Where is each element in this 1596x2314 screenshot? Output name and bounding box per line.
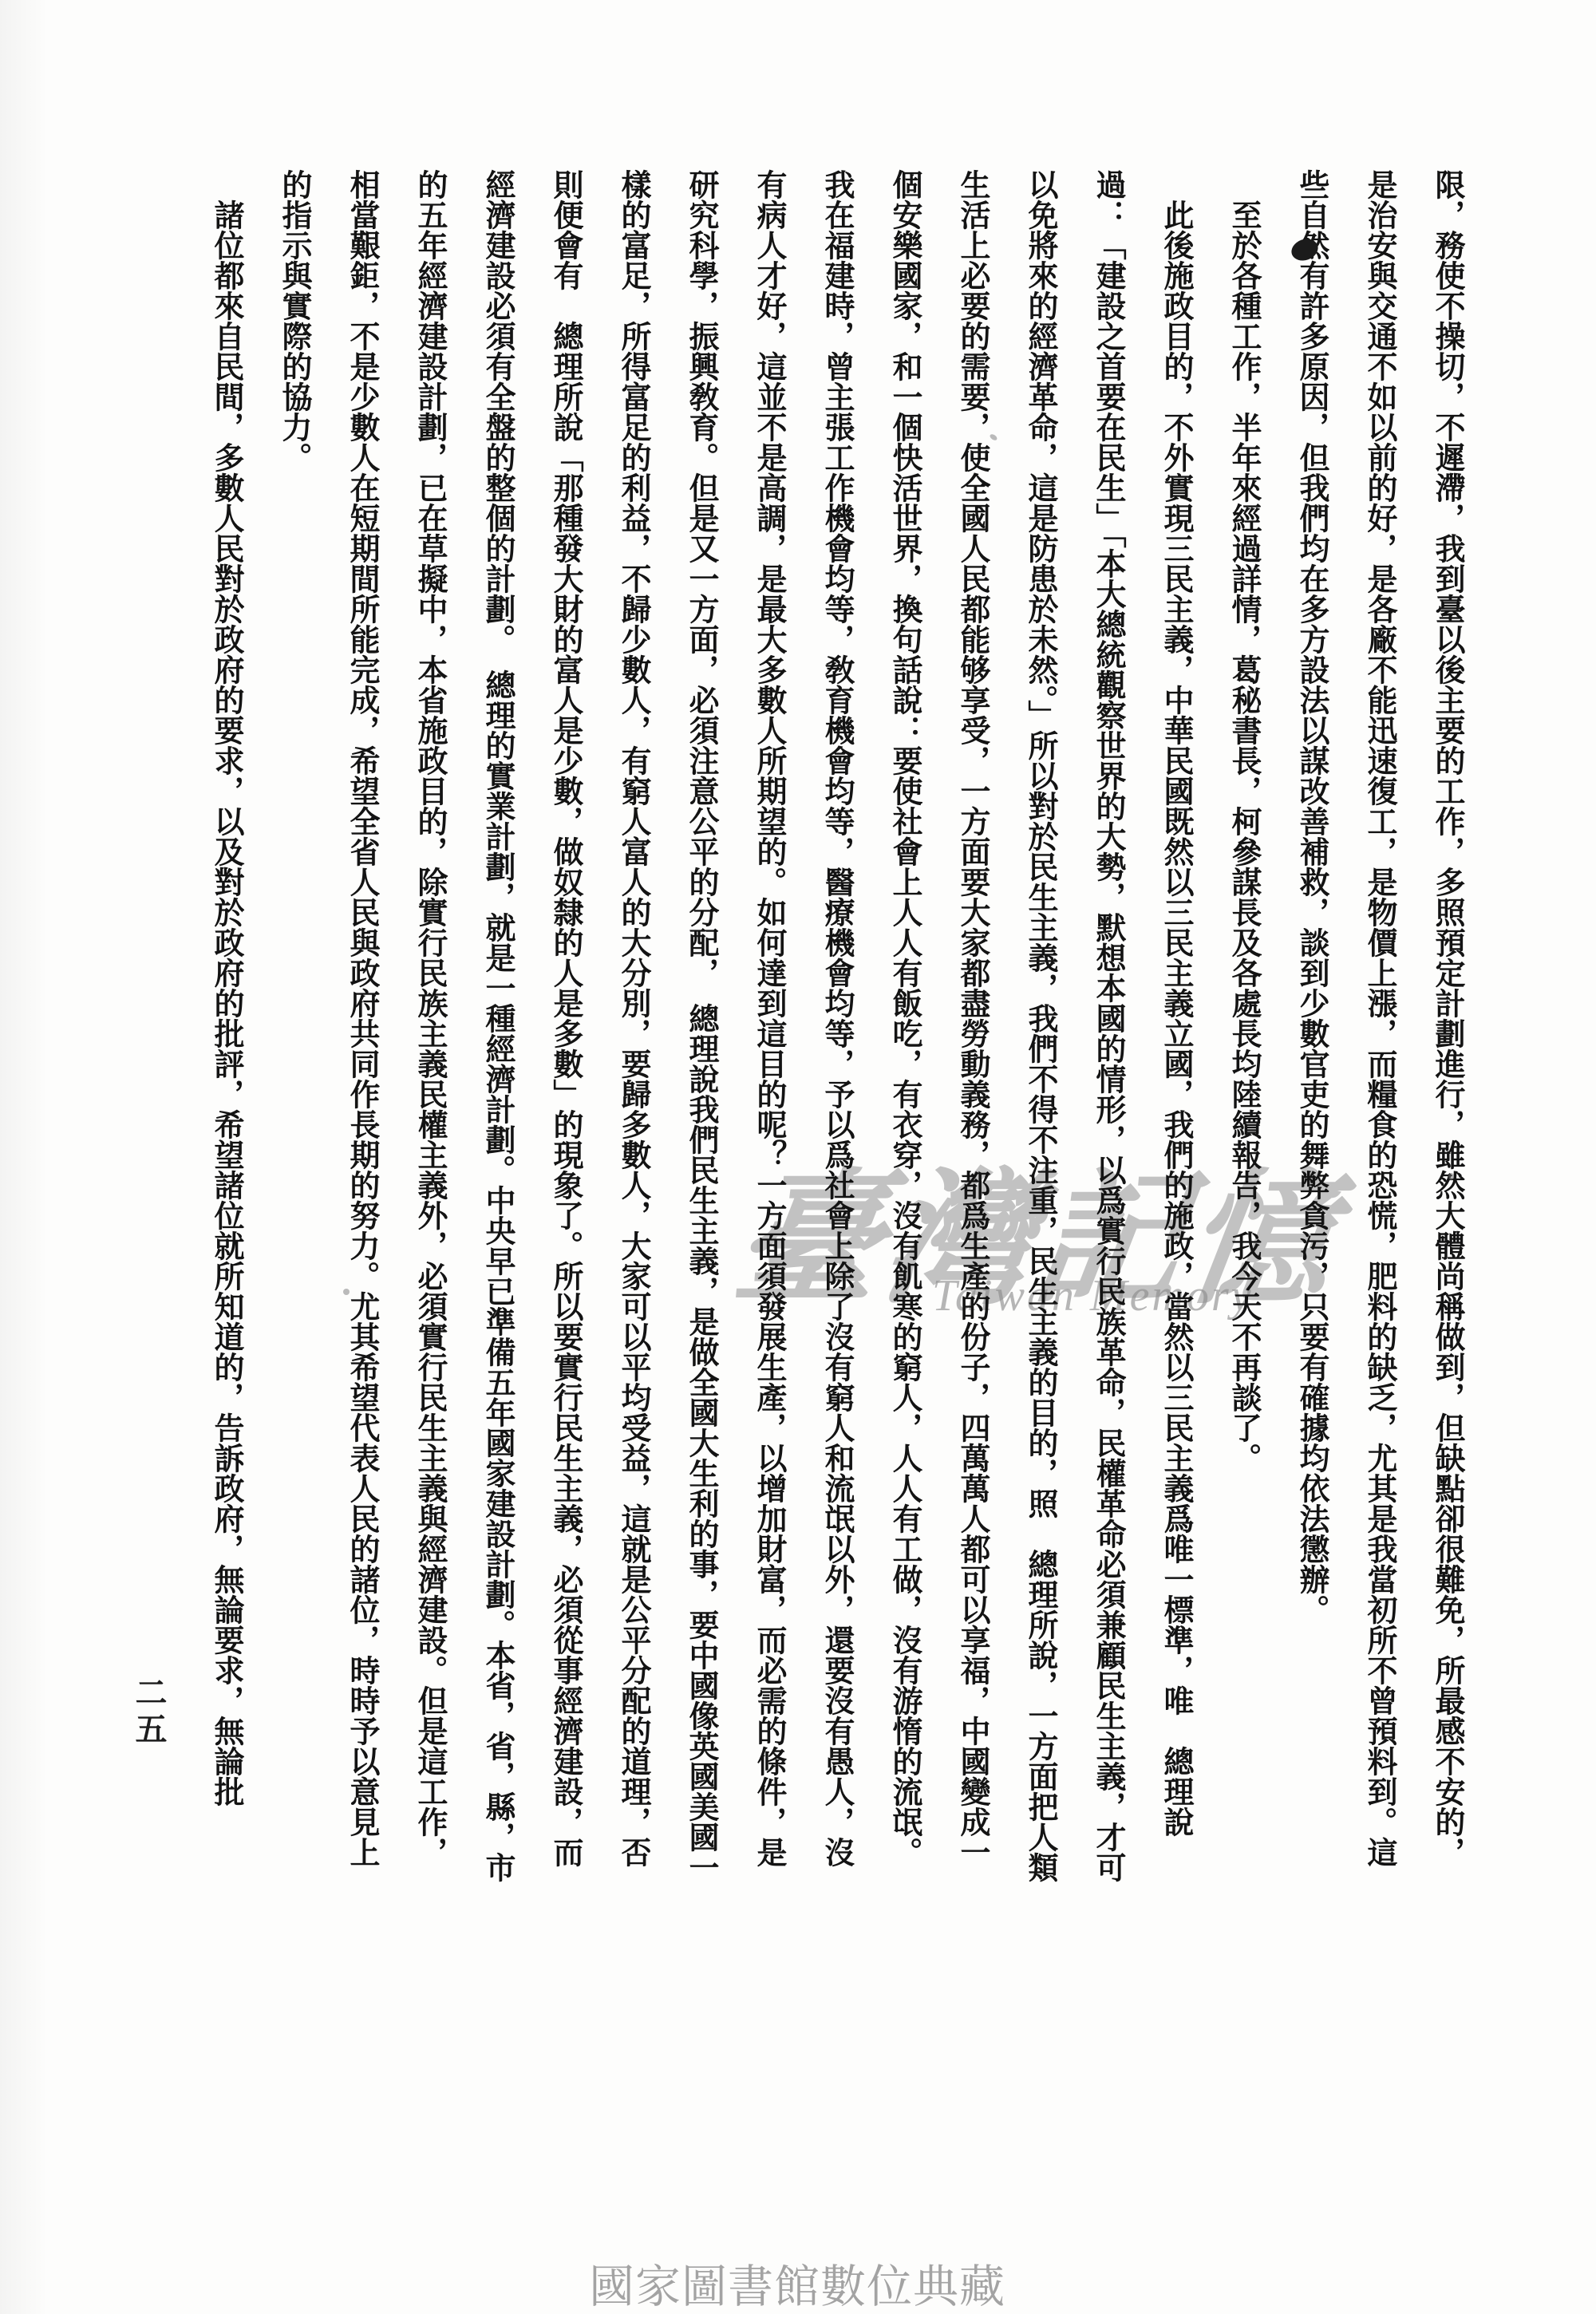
paragraph-closing-appeal: 諸位都來自民間，多數人民對於政府的要求，以及對於政府的批評，希望諸位就所知道的，… [192, 169, 259, 1886]
page-text-block: 限，務使不操切，不遲滯，我到臺以後主要的工作，多照預定計劃進行，雖然大體尚稱做到… [192, 169, 1480, 1886]
scan-speckle [343, 1289, 350, 1295]
page-number: 二五 [126, 1676, 172, 1749]
scan-edge-shadow [0, 0, 48, 2314]
paragraph-continuation: 限，務使不操切，不遲滯，我到臺以後主要的工作，多照預定計劃進行，雖然大體尚稱做到… [1277, 169, 1480, 1886]
scan-speckle [1448, 1173, 1454, 1180]
paragraph-work-report: 至於各種工作，半年來經過詳情，葛秘書長，柯參謀長及各處長均陸續報告，我今天不再談… [1209, 169, 1277, 1886]
footer-caption: 國家圖書館數位典藏 [589, 2250, 1005, 2314]
paragraph-policy-principles: 此後施政目的，不外實現三民主義，中華民國既然以三民主義立國，我們的施政，當然以三… [259, 169, 1209, 1886]
